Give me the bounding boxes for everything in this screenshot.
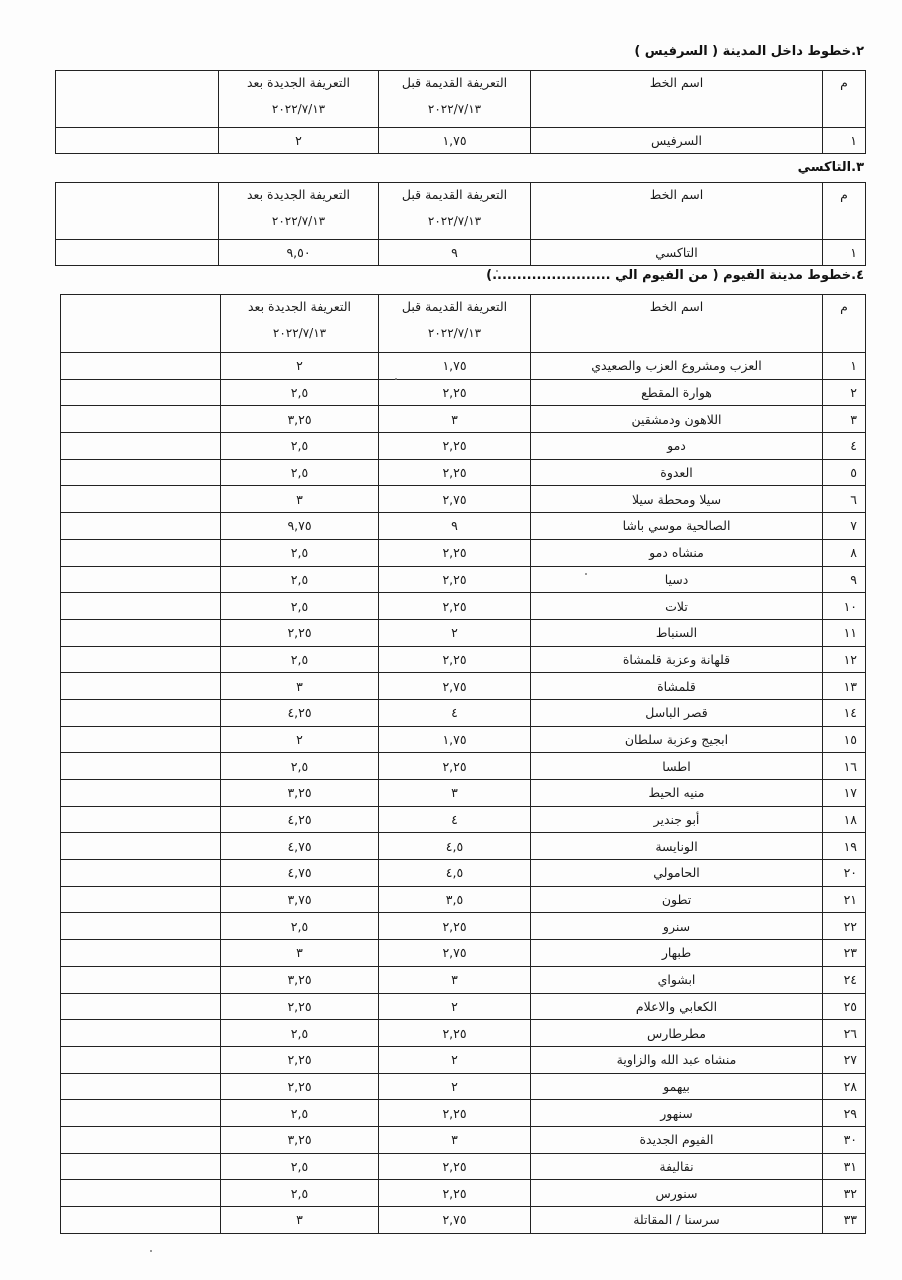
new-fare: ٢,٥: [221, 753, 379, 780]
old-fare: ٢,٢٥: [379, 913, 531, 940]
line-name: سرسنا / المقاتلة: [531, 1207, 823, 1234]
blank-cell: [61, 1207, 221, 1234]
table-row: ٣١نقاليفة٢,٢٥٢,٥: [61, 1153, 866, 1180]
new-fare: ٣: [221, 673, 379, 700]
row-number: ٣١: [823, 1153, 866, 1180]
row-number: ٤: [823, 433, 866, 460]
blank-cell: [61, 353, 221, 380]
table-row: ٥العدوة٢,٢٥٢,٥: [61, 459, 866, 486]
old-fare: ٣: [379, 966, 531, 993]
old-fare: ٣: [379, 1126, 531, 1153]
row-number: ١٤: [823, 699, 866, 726]
line-name: قصر الباسل: [531, 699, 823, 726]
blank-cell: [56, 128, 219, 154]
table-row: ١٦اطسا٢,٢٥٢,٥: [61, 753, 866, 780]
line-name: أبو جندير: [531, 806, 823, 833]
table-row: ٤دمو٢,٢٥٢,٥: [61, 433, 866, 460]
new-fare: ٣: [221, 486, 379, 513]
scan-speck: [496, 270, 498, 272]
blank-cell: [61, 379, 221, 406]
new-fare: ٢,٥: [221, 433, 379, 460]
line-name: منشاه عبد الله والزاوية: [531, 1046, 823, 1073]
table-row: ٢٤ابشواي٣٣,٢٥: [61, 966, 866, 993]
table-row: ١٥ابجيج وعزبة سلطان١,٧٥٢: [61, 726, 866, 753]
line-name: التاكسي: [531, 240, 823, 266]
header-line-name: اسم الخط: [531, 71, 823, 128]
row-number: ٥: [823, 459, 866, 486]
new-fare: ٤,٢٥: [221, 806, 379, 833]
blank-cell: [61, 1100, 221, 1127]
new-fare: ٢,٥: [221, 459, 379, 486]
header-old-fare: التعريفة القديمة قبل ٢٠٢٢/٧/١٣: [379, 71, 531, 128]
old-fare: ١,٧٥: [379, 128, 531, 154]
blank-cell: [61, 433, 221, 460]
line-name: مطرطارس: [531, 1020, 823, 1047]
line-name: دسيا: [531, 566, 823, 593]
line-name: دمو: [531, 433, 823, 460]
table-row: ١٤قصر الباسل٤٤,٢٥: [61, 699, 866, 726]
new-fare: ٤,٧٥: [221, 833, 379, 860]
new-fare: ٢,٥: [221, 566, 379, 593]
row-number: ٢٥: [823, 993, 866, 1020]
old-fare: ٢,٢٥: [379, 433, 531, 460]
new-fare: ٢,٥: [221, 646, 379, 673]
blank-cell: [61, 619, 221, 646]
table-row: ٦سيلا ومحطة سيلا٢,٧٥٣: [61, 486, 866, 513]
line-name: سنرو: [531, 913, 823, 940]
old-fare: ٢,٢٥: [379, 593, 531, 620]
old-fare: ١,٧٥: [379, 726, 531, 753]
line-name: بيهمو: [531, 1073, 823, 1100]
new-fare: ٣,٢٥: [221, 406, 379, 433]
new-fare: ٩,٥٠: [219, 240, 379, 266]
header-old-fare: التعريفة القديمة قبل ٢٠٢٢/٧/١٣: [379, 183, 531, 240]
line-name: اطسا: [531, 753, 823, 780]
old-fare: ٩: [379, 513, 531, 540]
old-fare: ٢: [379, 1046, 531, 1073]
row-number: ٧: [823, 513, 866, 540]
new-fare: ٢,٢٥: [221, 1073, 379, 1100]
table-row: ١١السنباط٢٢,٢٥: [61, 619, 866, 646]
row-number: ١٠: [823, 593, 866, 620]
header-num: م: [823, 295, 866, 353]
old-fare: ٢,٧٥: [379, 940, 531, 967]
old-fare: ٣: [379, 780, 531, 807]
line-name: سنورس: [531, 1180, 823, 1207]
new-fare: ٣,٢٥: [221, 780, 379, 807]
row-number: ٢٣: [823, 940, 866, 967]
row-number: ١٦: [823, 753, 866, 780]
new-fare: ٤,٢٥: [221, 699, 379, 726]
new-fare: ٢,٢٥: [221, 619, 379, 646]
table-row: ١التاكسي٩٩,٥٠: [56, 240, 866, 266]
table-row: ٢٧منشاه عبد الله والزاوية٢٢,٢٥: [61, 1046, 866, 1073]
row-number: ١٨: [823, 806, 866, 833]
document-page: ٢.خطوط داخل المدينة ( السرفيس ) م اسم ال…: [0, 0, 902, 1280]
header-blank: [56, 183, 219, 240]
scan-speck: [395, 378, 397, 380]
blank-cell: [61, 1126, 221, 1153]
line-name: اللاهون ودمشقين: [531, 406, 823, 433]
table-row: ٩دسيا٢,٢٥٢,٥: [61, 566, 866, 593]
old-fare: ٢,٢٥: [379, 539, 531, 566]
old-fare: ٢,٢٥: [379, 1020, 531, 1047]
blank-cell: [61, 860, 221, 887]
blank-cell: [61, 459, 221, 486]
row-number: ١٧: [823, 780, 866, 807]
line-name: الحامولي: [531, 860, 823, 887]
table-row: ٣اللاهون ودمشقين٣٣,٢٥: [61, 406, 866, 433]
line-name: السنباط: [531, 619, 823, 646]
new-fare: ٢,٢٥: [221, 1046, 379, 1073]
old-fare: ٩: [379, 240, 531, 266]
table-row: ٢٦مطرطارس٢,٢٥٢,٥: [61, 1020, 866, 1047]
blank-cell: [61, 940, 221, 967]
section-2-title: ٢.خطوط داخل المدينة ( السرفيس ): [634, 44, 864, 59]
row-number: ٢٠: [823, 860, 866, 887]
row-number: ١٥: [823, 726, 866, 753]
section-4-table: م اسم الخط التعريفة القديمة قبل ٢٠٢٢/٧/١…: [60, 294, 866, 1234]
row-number: ٣٣: [823, 1207, 866, 1234]
table-row: ٢٩سنهور٢,٢٥٢,٥: [61, 1100, 866, 1127]
table-row: ٧الصالحية موسي باشا٩٩,٧٥: [61, 513, 866, 540]
scan-speck: [585, 573, 587, 575]
blank-cell: [56, 240, 219, 266]
header-new-fare: التعريفة الجديدة بعد ٢٠٢٢/٧/١٣: [221, 295, 379, 353]
section-4-title: ٤.خطوط مدينة الفيوم ( من الفيوم الي ....…: [486, 268, 864, 283]
row-number: ٢٨: [823, 1073, 866, 1100]
row-number: ٣: [823, 406, 866, 433]
blank-cell: [61, 806, 221, 833]
line-name: هوارة المقطع: [531, 379, 823, 406]
old-fare: ١,٧٥: [379, 353, 531, 380]
blank-cell: [61, 1153, 221, 1180]
row-number: ٨: [823, 539, 866, 566]
new-fare: ٢,٥: [221, 1100, 379, 1127]
old-fare: ٢,٢٥: [379, 1180, 531, 1207]
blank-cell: [61, 1046, 221, 1073]
table-header-row: م اسم الخط التعريفة القديمة قبل ٢٠٢٢/٧/١…: [61, 295, 866, 353]
table-row: ٢٠الحامولي٤,٥٤,٧٥: [61, 860, 866, 887]
blank-cell: [61, 1073, 221, 1100]
row-number: ٢٢: [823, 913, 866, 940]
old-fare: ٤: [379, 699, 531, 726]
row-number: ٢: [823, 379, 866, 406]
new-fare: ٣: [221, 940, 379, 967]
table-row: ٢٢سنرو٢,٢٥٢,٥: [61, 913, 866, 940]
old-fare: ٢: [379, 993, 531, 1020]
row-number: ٢٤: [823, 966, 866, 993]
old-fare: ٢,٢٥: [379, 379, 531, 406]
line-name: منشاه دمو: [531, 539, 823, 566]
new-fare: ٤,٧٥: [221, 860, 379, 887]
table-row: ٣٠الفيوم الجديدة٣٣,٢٥: [61, 1126, 866, 1153]
new-fare: ٢,٥: [221, 1020, 379, 1047]
line-name: تلات: [531, 593, 823, 620]
blank-cell: [61, 966, 221, 993]
table-row: ١٠تلات٢,٢٥٢,٥: [61, 593, 866, 620]
new-fare: ٢,٢٥: [221, 993, 379, 1020]
blank-cell: [61, 833, 221, 860]
table-row: ٣٣سرسنا / المقاتلة٢,٧٥٣: [61, 1207, 866, 1234]
line-name: ابجيج وعزبة سلطان: [531, 726, 823, 753]
old-fare: ٤,٥: [379, 860, 531, 887]
table-row: ٢١تطون٣,٥٣,٧٥: [61, 886, 866, 913]
new-fare: ٢,٥: [221, 913, 379, 940]
old-fare: ٢: [379, 1073, 531, 1100]
row-number: ٣٢: [823, 1180, 866, 1207]
old-fare: ٢,٢٥: [379, 646, 531, 673]
row-number: ١: [823, 240, 866, 266]
table-row: ٢٣طبهار٢,٧٥٣: [61, 940, 866, 967]
header-blank: [61, 295, 221, 353]
header-num: م: [823, 183, 866, 240]
row-number: ٢٦: [823, 1020, 866, 1047]
table-row: ١٢قلهانة وعزبة قلمشاة٢,٢٥٢,٥: [61, 646, 866, 673]
old-fare: ٢,٢٥: [379, 459, 531, 486]
line-name: طبهار: [531, 940, 823, 967]
new-fare: ٣,٢٥: [221, 966, 379, 993]
line-name: الفيوم الجديدة: [531, 1126, 823, 1153]
line-name: السرفيس: [531, 128, 823, 154]
new-fare: ٣,٢٥: [221, 1126, 379, 1153]
new-fare: ٩,٧٥: [221, 513, 379, 540]
old-fare: ٢,٢٥: [379, 1153, 531, 1180]
blank-cell: [61, 993, 221, 1020]
row-number: ١٢: [823, 646, 866, 673]
new-fare: ٣: [221, 1207, 379, 1234]
line-name: العزب ومشروع العزب والصعيدي: [531, 353, 823, 380]
blank-cell: [61, 753, 221, 780]
blank-cell: [61, 513, 221, 540]
blank-cell: [61, 646, 221, 673]
line-name: سنهور: [531, 1100, 823, 1127]
table-row: ١٩الونايسة٤,٥٤,٧٥: [61, 833, 866, 860]
line-name: تطون: [531, 886, 823, 913]
old-fare: ٢,٢٥: [379, 566, 531, 593]
new-fare: ٢: [219, 128, 379, 154]
table-row: ١٧منيه الحيط٣٣,٢٥: [61, 780, 866, 807]
row-number: ٦: [823, 486, 866, 513]
new-fare: ٢,٥: [221, 1180, 379, 1207]
blank-cell: [61, 566, 221, 593]
table-header-row: م اسم الخط التعريفة القديمة قبل ٢٠٢٢/٧/١…: [56, 71, 866, 128]
table-row: ١٨أبو جندير٤٤,٢٥: [61, 806, 866, 833]
table-row: ١٣قلمشاة٢,٧٥٣: [61, 673, 866, 700]
old-fare: ٤: [379, 806, 531, 833]
section-3-title: ٣.التاكسي: [798, 160, 864, 175]
header-line-name: اسم الخط: [531, 183, 823, 240]
blank-cell: [61, 486, 221, 513]
header-num: م: [823, 71, 866, 128]
blank-cell: [61, 1180, 221, 1207]
table-row: ١العزب ومشروع العزب والصعيدي١,٧٥٢: [61, 353, 866, 380]
blank-cell: [61, 673, 221, 700]
line-name: نقاليفة: [531, 1153, 823, 1180]
blank-cell: [61, 726, 221, 753]
row-number: ٣٠: [823, 1126, 866, 1153]
blank-cell: [61, 780, 221, 807]
old-fare: ٣: [379, 406, 531, 433]
header-blank: [56, 71, 219, 128]
scan-speck: [150, 1250, 152, 1252]
blank-cell: [61, 886, 221, 913]
line-name: سيلا ومحطة سيلا: [531, 486, 823, 513]
blank-cell: [61, 699, 221, 726]
line-name: قلمشاة: [531, 673, 823, 700]
new-fare: ٢,٥: [221, 379, 379, 406]
table-row: ٣٢سنورس٢,٢٥٢,٥: [61, 1180, 866, 1207]
new-fare: ٣,٧٥: [221, 886, 379, 913]
blank-cell: [61, 539, 221, 566]
table-row: ١السرفيس١,٧٥٢: [56, 128, 866, 154]
table-row: ٢٥الكعابي والاعلام٢٢,٢٥: [61, 993, 866, 1020]
header-line-name: اسم الخط: [531, 295, 823, 353]
old-fare: ٢,٧٥: [379, 673, 531, 700]
line-name: منيه الحيط: [531, 780, 823, 807]
table-row: ٨منشاه دمو٢,٢٥٢,٥: [61, 539, 866, 566]
new-fare: ٢: [221, 726, 379, 753]
blank-cell: [61, 913, 221, 940]
header-new-fare: التعريفة الجديدة بعد ٢٠٢٢/٧/١٣: [219, 183, 379, 240]
line-name: العدوة: [531, 459, 823, 486]
row-number: ٩: [823, 566, 866, 593]
row-number: ٢٩: [823, 1100, 866, 1127]
line-name: الكعابي والاعلام: [531, 993, 823, 1020]
line-name: ابشواي: [531, 966, 823, 993]
section-3-table: م اسم الخط التعريفة القديمة قبل ٢٠٢٢/٧/١…: [55, 182, 866, 266]
row-number: ٢١: [823, 886, 866, 913]
old-fare: ٢,٢٥: [379, 1100, 531, 1127]
line-name: الونايسة: [531, 833, 823, 860]
table-row: ٢٨بيهمو٢٢,٢٥: [61, 1073, 866, 1100]
old-fare: ٤,٥: [379, 833, 531, 860]
row-number: ١٣: [823, 673, 866, 700]
header-old-fare: التعريفة القديمة قبل ٢٠٢٢/٧/١٣: [379, 295, 531, 353]
blank-cell: [61, 1020, 221, 1047]
old-fare: ٢,٧٥: [379, 486, 531, 513]
line-name: الصالحية موسي باشا: [531, 513, 823, 540]
blank-cell: [61, 406, 221, 433]
old-fare: ٣,٥: [379, 886, 531, 913]
new-fare: ٢,٥: [221, 1153, 379, 1180]
old-fare: ٢,٢٥: [379, 753, 531, 780]
new-fare: ٢,٥: [221, 593, 379, 620]
header-new-fare: التعريفة الجديدة بعد ٢٠٢٢/٧/١٣: [219, 71, 379, 128]
old-fare: ٢,٧٥: [379, 1207, 531, 1234]
row-number: ١١: [823, 619, 866, 646]
new-fare: ٢: [221, 353, 379, 380]
table-header-row: م اسم الخط التعريفة القديمة قبل ٢٠٢٢/٧/١…: [56, 183, 866, 240]
section-2-table: م اسم الخط التعريفة القديمة قبل ٢٠٢٢/٧/١…: [55, 70, 866, 154]
row-number: ١٩: [823, 833, 866, 860]
row-number: ١: [823, 353, 866, 380]
old-fare: ٢: [379, 619, 531, 646]
line-name: قلهانة وعزبة قلمشاة: [531, 646, 823, 673]
blank-cell: [61, 593, 221, 620]
table-row: ٢هوارة المقطع٢,٢٥٢,٥: [61, 379, 866, 406]
row-number: ٢٧: [823, 1046, 866, 1073]
row-number: ١: [823, 128, 866, 154]
new-fare: ٢,٥: [221, 539, 379, 566]
